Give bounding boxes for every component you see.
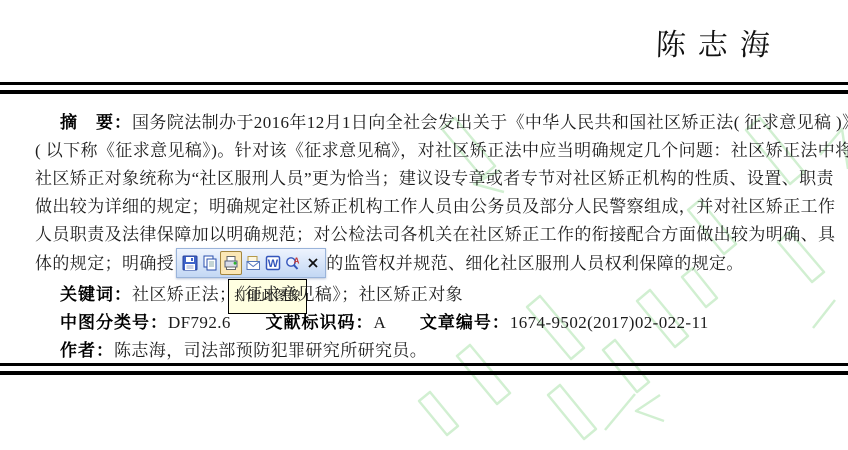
doc-code-value: A: [373, 313, 385, 332]
abstract-line-3: 社区矫正对象统称为“社区服刑人员”更为恰当；建议设专章或者专节对社区矫正机构的性…: [35, 165, 830, 193]
article-id-value: 1674-9502(2017)02-022-11: [510, 313, 709, 332]
abstract-line-4: 做出较为详细的规定；明确规定社区矫正机构工作人员由公务员及部分人民警察组成，并对…: [35, 193, 830, 221]
abstract-line-5: 人员职责及法律保障加以明确规范；对公检法司各机关在社区矫正工作的衔接配合方面做出…: [35, 221, 830, 249]
keywords-label: 关键词：: [60, 285, 132, 304]
abstract-line-2: ( 以下称《征求意见稿》)。针对该《征求意见稿》，对社区矫正法中应当明确规定几个…: [35, 137, 830, 165]
top-rule-1: [0, 82, 848, 85]
doc-code-label: 文献标识码：: [265, 313, 373, 332]
reviewer-signature: 陈志海: [655, 20, 783, 64]
printer-icon: [223, 255, 239, 271]
toolbar-slot: W A 打印此图像: [176, 249, 324, 279]
abstract-text-1: 国务院法制办于2016年12月1日向全社会发出关于《中华人民共和国社区矫正法( …: [132, 113, 848, 132]
copy-image-button[interactable]: [200, 252, 219, 274]
ocr-text-button[interactable]: A: [283, 252, 302, 274]
article-id-label: 文章编号：: [420, 313, 510, 332]
print-image-button[interactable]: [220, 251, 242, 275]
magnifier-a-letter: A: [293, 257, 299, 266]
author-label: 作者：: [60, 341, 114, 360]
keywords-text: 社区矫正法；《征求意见稿》；社区矫正对象: [132, 285, 463, 304]
clc-value: DF792.6: [168, 313, 231, 332]
abstract-line-6: 体的规定；明确授: [35, 249, 830, 279]
scanned-article-page: 陈志海 摘 要：国务院法制办于2016年12月1日向全社会发出关于《中华人民共和…: [0, 0, 848, 450]
clc-label: 中图分类号：: [60, 313, 168, 332]
meta-line: 中图分类号：DF792.6 文献标识码：A 文章编号：1674-9502(201…: [35, 309, 848, 337]
author-line: 作者：陈志海，司法部预防犯罪研究所研究员。: [35, 337, 848, 365]
abstract-line-1: 摘 要：国务院法制办于2016年12月1日向全社会发出关于《中华人民共和国社区矫…: [35, 109, 848, 137]
open-word-button[interactable]: W: [263, 252, 282, 274]
envelope-icon: [245, 255, 261, 271]
word-icon: W: [265, 255, 281, 271]
floppy-icon: [182, 255, 198, 271]
image-toolbar: W A: [176, 248, 326, 278]
top-rule-2: [0, 90, 848, 94]
author-text: 陈志海，司法部预防犯罪研究所研究员。: [114, 341, 427, 360]
email-image-button[interactable]: [243, 252, 262, 274]
close-toolbar-button[interactable]: [303, 252, 322, 274]
copy-icon: [202, 255, 218, 271]
abstract-text-6b: 的监管权并规范、细化社区服刑人员权利保障的规定。: [326, 250, 744, 278]
abstract-label: 摘 要：: [60, 113, 132, 132]
save-image-button[interactable]: [180, 252, 199, 274]
magnifier-a-icon: A: [285, 255, 301, 271]
word-icon-letter: W: [268, 258, 279, 270]
bottom-rule-2: [0, 371, 848, 375]
keywords-line: 关键词：社区矫正法；《征求意见稿》；社区矫正对象: [35, 281, 848, 309]
abstract-text-6a: 体的规定；明确授: [35, 250, 174, 278]
close-icon: [306, 256, 320, 270]
